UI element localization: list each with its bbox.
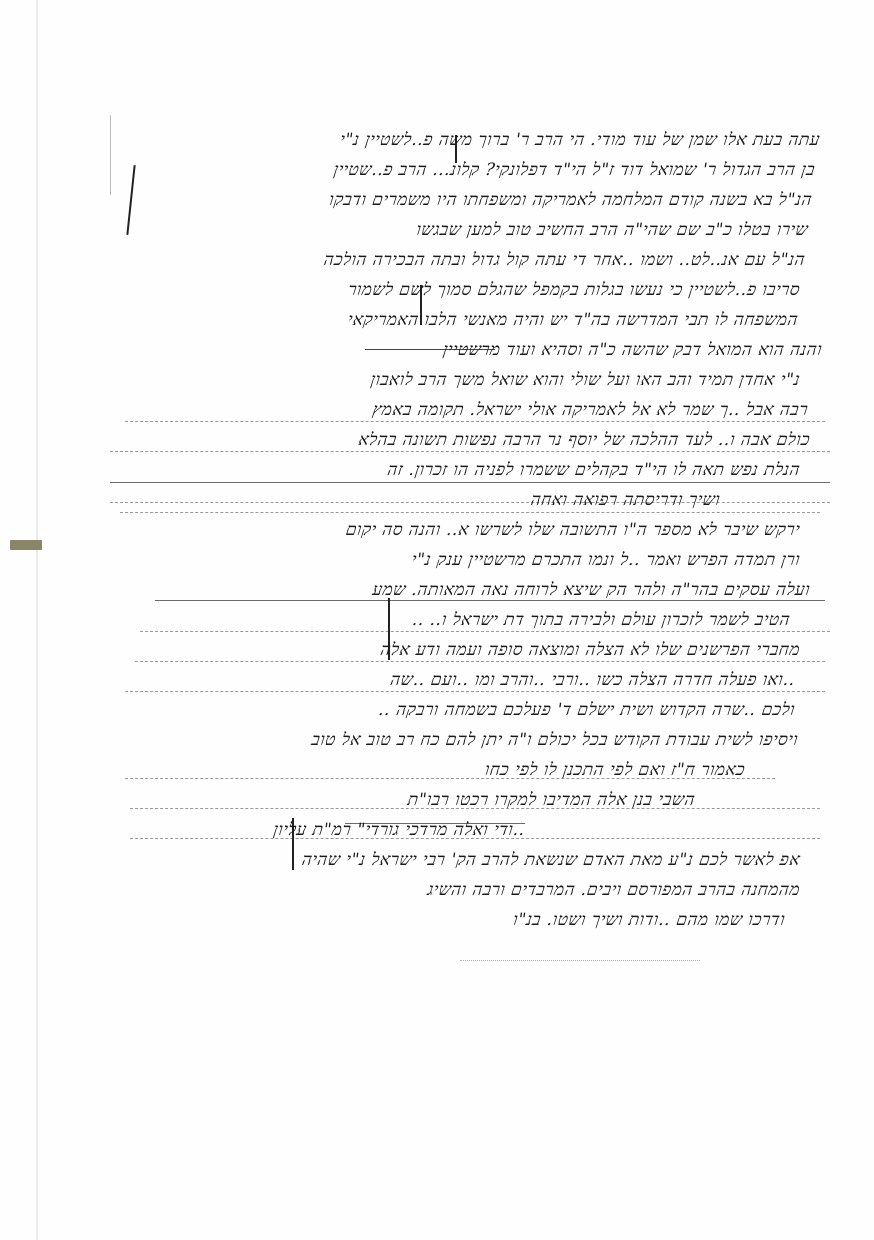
faint-rule: [120, 512, 820, 513]
handwritten-line: ..ואו פעלה חדרה הצלה כשו ..ורבי ..והרב ו…: [128, 668, 796, 692]
scan-noise: [460, 960, 700, 961]
page-edge-shadow: [36, 0, 38, 1240]
handwritten-line: שירו בטלו כ"ב שם שהי"ה הרב החשיב טוב למע…: [141, 218, 809, 242]
handwritten-line: ועלה עסקים בהר"ה ולהר הק שיצא לרוחה נאה …: [148, 578, 811, 602]
handwritten-line: סריבו פ..לשטיין כי נעשו בגלות בקמפל שהגל…: [143, 278, 801, 302]
handwritten-line: כאמור ח"ז ואם לפי התכנן לו לפי כחו: [268, 758, 746, 782]
faint-rule: [110, 482, 830, 483]
handwritten-line: מהמחנה בהרב המפורסם ויבים. המרבדים ורבה …: [103, 878, 801, 902]
handwritten-line: כולם אבה ו.. לעד ההלכה של יוסף נר הרבה נ…: [98, 428, 811, 452]
handwritten-line: מחברי הפרשנים שלו לא הצלה ומוצאה סופה וע…: [128, 638, 801, 662]
handwritten-line: ויסיפו לשית עבודת הקודש בכל יכולם ו"ה ית…: [106, 728, 799, 752]
margin-mark: [110, 115, 111, 195]
handwritten-line: הטיב לשמר לזכרון עולם ולבירה בתוך דת ישר…: [203, 608, 791, 632]
handwritten-line: ..ודי ואלה מרדכי גורדי" רמ"ת עליון: [188, 818, 526, 842]
handwritten-line: הנ"ל עם אנ..לט.. ושמו ..אחר די עתה קול ג…: [103, 248, 806, 272]
handwritten-line: אפ לאשר לכם נ"ע מאת האדם שנשאת להרב הק' …: [73, 848, 801, 872]
handwritten-line: הנ"ל בא בשנה קודם המלחמה לאמריקה ומשפחתו…: [105, 188, 813, 212]
handwritten-line: ורן תמדה הפרש ואמר ..ל ונמו התכרם מרשטיי…: [153, 548, 801, 572]
handwritten-line: בן הרב הגדול ר' שמואל דוד ז"ל הי"ד דפלונ…: [108, 158, 816, 182]
handwritten-line: המשפחה לו תבי המדרשה בה"ד יש והיה מאנשי …: [186, 308, 799, 332]
handwritten-line: והנה הוא המואל דבק שהשה כ"ה וסהיא ועוד מ…: [100, 338, 823, 362]
handwritten-line: השבי בנן אלה המדיבו למקרו רכטו רבו"ת: [253, 788, 696, 812]
handwritten-line: ולכם ..שרה הקדוש ושית ישלם ד' פעלכם בשמח…: [153, 698, 796, 722]
scanned-page: עתה בעת אלו שמן של עוד מודי. הי הרב ר' ב…: [0, 0, 874, 1240]
handwritten-line: עתה בעת אלו שמן של עוד מודי. הי הרב ר' ב…: [118, 128, 821, 152]
handwritten-line: רבה אבל ..ך שמר לא אל לאמריקה אולי ישראל…: [106, 398, 809, 422]
binding-mark: [10, 540, 42, 550]
handwritten-line: נ"י אחדן תמיד והב האו ועל שולי והוא שואל…: [108, 368, 801, 392]
handwritten-line: ודרכו שמו מהם ..ודות ושיך ושטו. בנ"ו: [263, 908, 786, 932]
handwritten-line: הנלת נפש תאה לו הי"ד בקהלים ששמרו לפניה …: [178, 458, 801, 482]
handwritten-line: ושיך ודריסתה רפואה ואחה: [418, 488, 721, 512]
handwritten-line: ירקש שיבר לא מספר ה"ו התשובה שלו לשרשו א…: [128, 518, 801, 542]
